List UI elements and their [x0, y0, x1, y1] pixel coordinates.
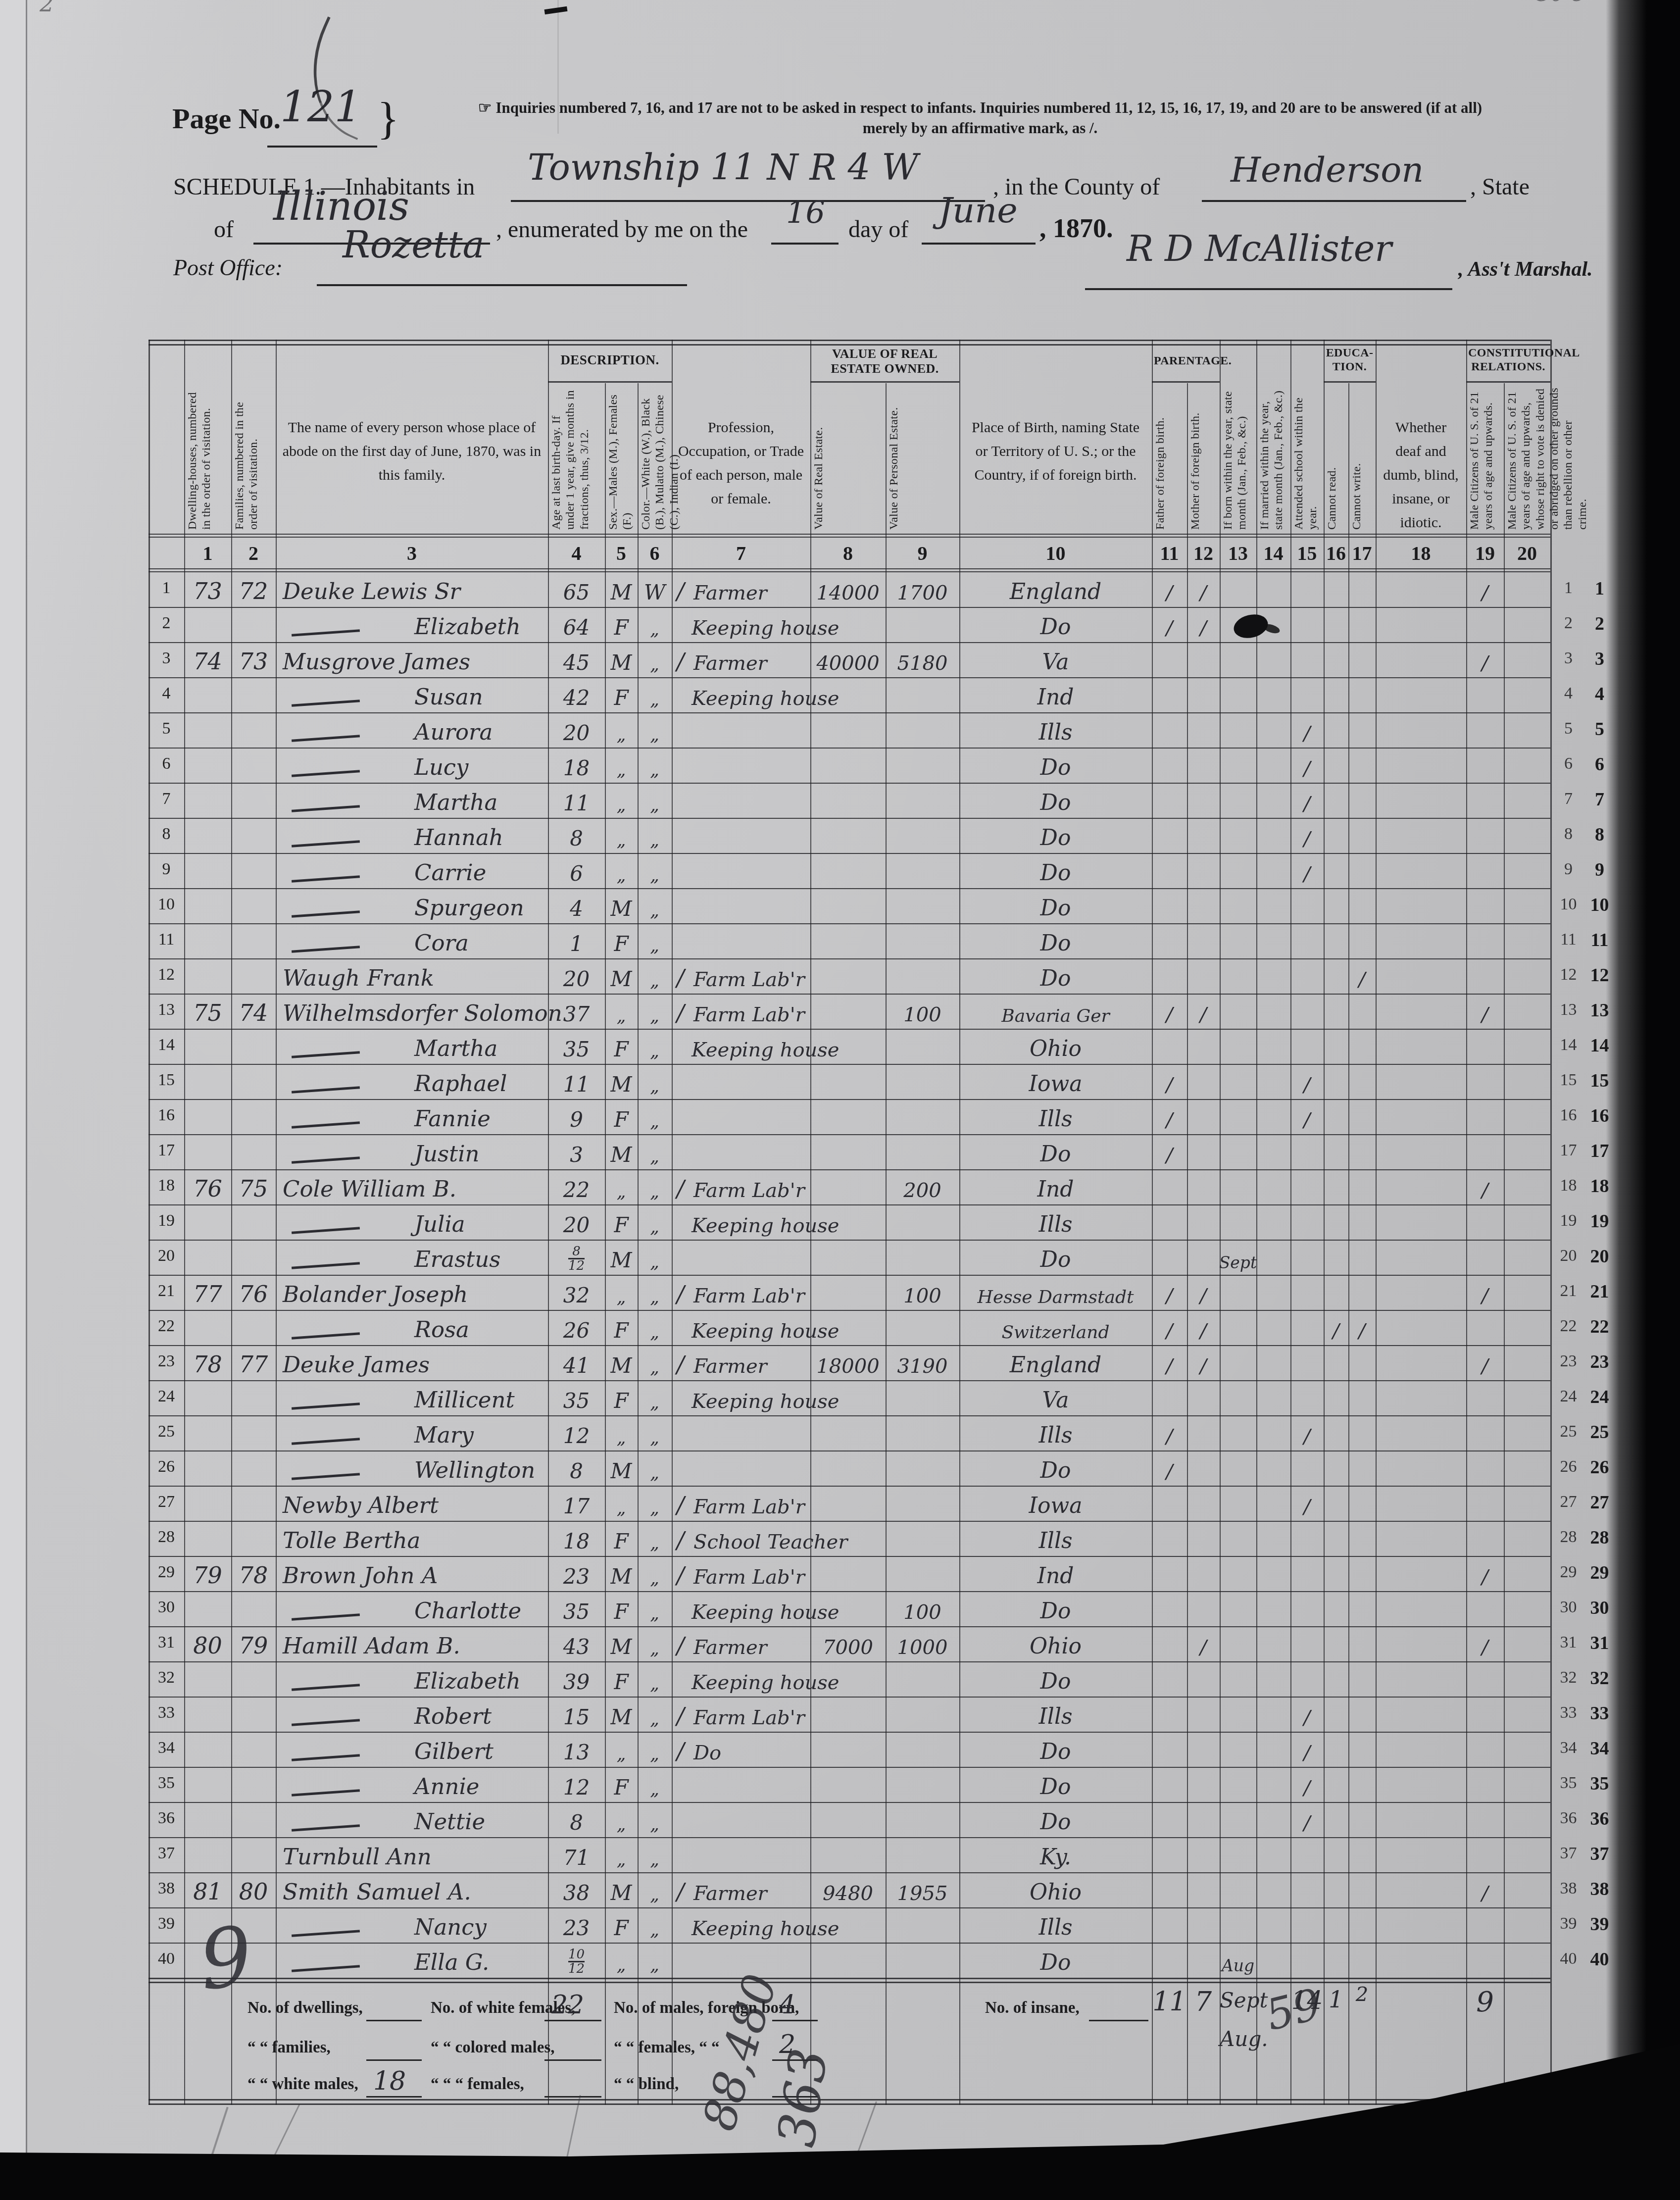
row-cell: F [605, 923, 638, 958]
row-cell: „ [638, 1767, 672, 1802]
row-cell: „ [605, 1415, 638, 1450]
row-cell: M [605, 1240, 638, 1275]
sex-value: F [614, 1600, 628, 1624]
row-cell: Ind [959, 677, 1152, 712]
row-cell: Newby Albert [276, 1486, 548, 1521]
birthplace-value: Va [1042, 650, 1069, 675]
line-number-right: 19 [1550, 1211, 1586, 1230]
row-cell: Charlotte [276, 1591, 548, 1626]
row-cell: 20 [548, 958, 605, 994]
column-group-header: CONSTITUTIONAL RELATIONS. [1468, 347, 1548, 374]
affirmative-mark: / [1200, 582, 1206, 604]
row-cell: 26 [548, 1310, 605, 1345]
family-number: 78 [239, 1562, 268, 1589]
row-cell: Cole William B. [276, 1169, 548, 1204]
table-top-line [148, 344, 1550, 346]
row-cell: Erastus [276, 1240, 548, 1275]
column-heading: If born within the year, state month (Ja… [1221, 387, 1255, 530]
table-top-line [148, 340, 1550, 341]
personal-estate-value: 100 [903, 1601, 941, 1624]
color-value: „ [650, 619, 659, 640]
age-value: 17 [563, 1494, 590, 1518]
row-cell: / [1290, 783, 1324, 818]
month-value: Aug [1222, 1956, 1254, 1975]
row-cell: 200 [886, 1169, 959, 1204]
color-value: „ [650, 936, 659, 956]
age-value: 4 [570, 897, 583, 921]
birthplace-value: Do [1040, 1247, 1071, 1272]
row-cell: Hesse Darmstadt [959, 1275, 1152, 1310]
personal-estate-value: 1955 [897, 1882, 948, 1905]
age-value: 45 [563, 650, 590, 675]
color-value: „ [650, 1885, 659, 1905]
row-cell: / [1187, 1345, 1220, 1380]
table-bottom-line [148, 2103, 1550, 2105]
affirmative-mark: / [1482, 1179, 1488, 1202]
line-number-left: 11 [148, 930, 184, 949]
row-cell: Ind [959, 1556, 1152, 1591]
group-underline [548, 381, 672, 383]
age-value: 32 [563, 1283, 590, 1307]
sex-value: „ [617, 830, 626, 850]
row-cell: Do [959, 1134, 1152, 1169]
row-cell: Robert [276, 1697, 548, 1732]
line-number-left: 15 [148, 1071, 184, 1090]
row-cell: / [1152, 1415, 1187, 1450]
row-cell: F [605, 1521, 638, 1556]
month-value: June [939, 190, 1018, 231]
row-cell: Ills [959, 1099, 1152, 1134]
occupation-value: Keeping house [692, 687, 839, 710]
footer-label: “ “ “ females, [431, 2075, 524, 2094]
affirmative-mark: / [1166, 582, 1173, 604]
sex-value: M [610, 1072, 632, 1097]
occupation-value: Farm Lab'r [693, 1496, 805, 1518]
family-number: 74 [239, 1000, 268, 1026]
row-cell: M [605, 1450, 638, 1486]
row-cell: „ [638, 607, 672, 642]
footer-blank-line [544, 2020, 601, 2021]
column-number: 20 [1504, 542, 1550, 565]
affirmative-mark: / [1200, 617, 1206, 640]
sex-value: M [610, 1635, 632, 1659]
color-value: „ [650, 1076, 659, 1097]
row-cell: Smith Samuel A. [276, 1872, 548, 1907]
family-number: 76 [239, 1281, 268, 1307]
occupation-value: Keeping house [692, 617, 839, 640]
color-value: „ [650, 1111, 659, 1132]
age-value: 22 [563, 1178, 590, 1202]
affirmative-mark: / [1304, 1812, 1310, 1835]
occupation-value: School Teacher [693, 1531, 847, 1553]
footer-blank-line [366, 2096, 422, 2098]
row-cell: F [605, 607, 638, 642]
row-cell: Do [959, 958, 1152, 994]
color-value: „ [650, 1920, 659, 1940]
row-cell: Switzerland [959, 1310, 1152, 1345]
row-cell: / [1152, 1345, 1187, 1380]
age-value: 42 [563, 686, 590, 710]
sex-value: „ [617, 760, 626, 780]
age-value: 11 [563, 791, 590, 815]
age-value: 23 [563, 1916, 590, 1940]
row-cell: 20 [548, 712, 605, 748]
color-value: „ [650, 795, 659, 815]
column-heading: Whether deaf and dumb, blind, insane, or… [1382, 416, 1460, 535]
row-cell: 20 [548, 1204, 605, 1240]
row-cell: Raphael [276, 1064, 548, 1099]
row-cell: M [605, 1345, 638, 1380]
row-cell: Farm Lab'r [672, 994, 810, 1029]
row-cell: Hannah [276, 818, 548, 853]
line-number-right: 32 [1550, 1668, 1586, 1687]
row-cell: Bolander Joseph [276, 1275, 548, 1310]
row-cell: W [638, 572, 672, 607]
age-value: 41 [563, 1353, 590, 1378]
row-cell: 11 [548, 1064, 605, 1099]
column-line [886, 383, 887, 2105]
age-value: 35 [563, 1600, 590, 1624]
person-name: Nettie [414, 1808, 485, 1835]
row-cell: „ [638, 1872, 672, 1907]
color-value: „ [650, 1603, 659, 1624]
county-label: , in the County of [993, 173, 1160, 200]
family-number: 73 [239, 648, 268, 675]
column-number: 16 [1324, 542, 1348, 565]
column-group-header: EDUCA-TION. [1326, 347, 1374, 374]
row-cell: Farmer [672, 1626, 810, 1661]
row-cell: Sept [1220, 1240, 1256, 1275]
line-number-right: 40 [1550, 1950, 1586, 1968]
row-cell: Do [959, 853, 1152, 888]
sex-value: M [610, 1705, 632, 1729]
row-cell: 78 [231, 1556, 276, 1591]
row-cell: Mary [276, 1415, 548, 1450]
affirmative-mark: / [1200, 1355, 1206, 1378]
color-value: „ [650, 1147, 659, 1167]
birthplace-value: Do [1040, 1950, 1071, 1975]
row-cell: 38 [548, 1872, 605, 1907]
color-value: „ [650, 1217, 659, 1237]
real-estate-value: 7000 [823, 1636, 873, 1659]
personal-estate-value: 1700 [897, 582, 948, 604]
affirmative-mark: / [1304, 1742, 1310, 1764]
footer-label: No. of insane, [985, 1999, 1080, 2017]
row-cell: Deuke James [276, 1345, 548, 1380]
line-number-left: 31 [148, 1633, 184, 1652]
affirmative-mark: / [1482, 652, 1488, 675]
row-cell: Farm Lab'r [672, 1486, 810, 1521]
person-name: Cole William B. [283, 1176, 456, 1202]
group-underline [1466, 381, 1550, 383]
row-cell: Do [959, 1661, 1152, 1697]
row-cell: 15 [548, 1697, 605, 1732]
birthplace-value: Ohio [1030, 1634, 1082, 1659]
footer-label: “ “ colored males, [431, 2039, 555, 2057]
row-cell: Ills [959, 1204, 1152, 1240]
line-number-left: 12 [148, 965, 184, 984]
occupation-value: Keeping house [692, 1039, 839, 1061]
footer-label: No. of dwellings, [247, 1999, 363, 2017]
row-cell: „ [638, 1064, 672, 1099]
person-name: Aurora [414, 719, 493, 745]
affirmative-mark: / [1200, 1320, 1206, 1343]
column-number: 18 [1376, 542, 1466, 565]
row-cell: 78 [184, 1345, 231, 1380]
total-cannot-write: 2 [1348, 1983, 1376, 2006]
line-number-left: 23 [148, 1352, 184, 1371]
sex-value: F [614, 1037, 628, 1061]
line-number-right: 23 [1550, 1352, 1586, 1371]
row-cell: Ills [959, 1697, 1152, 1732]
line-number-right: 17 [1550, 1141, 1586, 1160]
row-cell: / [1290, 748, 1324, 783]
row-cell: Lucy [276, 748, 548, 783]
row-cell: 77 [184, 1275, 231, 1310]
person-name: Carrie [414, 859, 486, 886]
artifact-scribble-363: 363 [766, 2045, 839, 2150]
birthplace-value: Do [1040, 1669, 1071, 1694]
line-number-left: 40 [148, 1950, 184, 1968]
person-name: Deuke James [283, 1351, 430, 1378]
marshal-signature: R D McAllister [1127, 228, 1392, 269]
person-name: Susan [414, 684, 483, 710]
sex-value: M [610, 650, 632, 675]
row-cell: Do [959, 607, 1152, 642]
column-heading: Male Citizens of U. S. of 21 years of ag… [1505, 387, 1549, 530]
affirmative-mark: / [1304, 828, 1310, 850]
row-cell: 12 [548, 1415, 605, 1450]
post-office-underline [317, 284, 687, 286]
affirmative-mark: / [1304, 757, 1310, 780]
row-cell: „ [638, 958, 672, 994]
row-cell: Carrie [276, 853, 548, 888]
column-line [1290, 340, 1291, 2105]
column-heading: Attended school within the year. [1292, 387, 1322, 530]
row-cell: „ [638, 748, 672, 783]
artifact-scribble-59: 59 [1261, 1979, 1326, 2041]
row-cell: 1000 [886, 1626, 959, 1661]
row-cell: Martha [276, 783, 548, 818]
row-cell: Do [959, 1591, 1152, 1626]
column-number: 12 [1187, 542, 1220, 565]
affirmative-mark: / [1359, 1320, 1365, 1343]
occupation-value: Farm Lab'r [693, 1003, 805, 1026]
row-cell: / [1152, 1450, 1187, 1486]
column-heading: Color.—White (W.), Black (B.), Mulatto (… [639, 387, 670, 530]
row-cell: 4 [548, 888, 605, 923]
person-name: Spurgeon [414, 895, 524, 921]
birthplace-value: Bavaria Ger [1001, 1006, 1110, 1026]
row-cell: „ [605, 994, 638, 1029]
color-value: „ [650, 690, 659, 710]
column-number: 9 [886, 542, 959, 565]
color-value: „ [650, 654, 659, 675]
sex-value: F [614, 1389, 628, 1413]
affirmative-mark: / [1166, 1460, 1173, 1483]
ink-dash-mark [544, 6, 568, 14]
person-name: Cora [414, 930, 469, 956]
row-cell: M [605, 1064, 638, 1099]
row-cell: M [605, 1626, 638, 1661]
dwelling-number: 75 [193, 1000, 222, 1026]
row-cell: 74 [231, 994, 276, 1029]
row-cell: M [605, 1556, 638, 1591]
affirmative-mark: / [1482, 1285, 1488, 1307]
row-cell: 7000 [810, 1626, 886, 1661]
row-cell: / [1466, 572, 1504, 607]
column-number: 19 [1466, 542, 1504, 565]
dwelling-number: 79 [193, 1562, 222, 1589]
line-number-right: 33 [1550, 1703, 1586, 1722]
color-value: „ [650, 1428, 659, 1448]
row-cell: 100 [886, 994, 959, 1029]
month-underline [922, 243, 1036, 245]
person-name: Wilhelmsdorfer Solomon [283, 1000, 562, 1026]
row-cell: / [1466, 1626, 1504, 1661]
row-cell: 76 [231, 1275, 276, 1310]
birthplace-value: Do [1040, 931, 1071, 956]
sex-value: F [614, 686, 628, 710]
row-cell: / [1152, 572, 1187, 607]
affirmative-mark: / [1304, 1074, 1310, 1097]
sex-value: „ [617, 1498, 626, 1518]
line-number-left: 20 [148, 1247, 184, 1265]
county-value: Henderson [1231, 150, 1424, 190]
personal-estate-value: 3190 [897, 1355, 948, 1378]
row-cell: Ky. [959, 1837, 1152, 1872]
row-cell: Millicent [276, 1380, 548, 1415]
row-cell: „ [605, 712, 638, 748]
row-cell: 75 [231, 1169, 276, 1204]
row-cell: 65 [548, 572, 605, 607]
column-heading: Male Citizens of U. S. of 21 years of ag… [1468, 387, 1502, 530]
post-office-value: Rozetta [343, 224, 485, 266]
sex-value: M [610, 1564, 632, 1589]
color-value: „ [650, 1639, 659, 1659]
color-value: „ [650, 865, 659, 886]
line-number-left: 19 [148, 1211, 184, 1230]
row-cell: 1 [548, 923, 605, 958]
county-underline [1202, 200, 1466, 202]
dwelling-number: 80 [193, 1632, 222, 1659]
person-name: Tolle Bertha [283, 1527, 420, 1553]
row-cell: Julia [276, 1204, 548, 1240]
affirmative-mark: / [1166, 1074, 1173, 1097]
footer-blank-line [366, 2059, 422, 2061]
row-cell: Do [959, 1943, 1152, 1978]
person-name: Waugh Frank [283, 965, 434, 991]
row-cell: M [605, 1134, 638, 1169]
line-number-right: 29 [1550, 1563, 1586, 1582]
post-office-label: Post Office: [173, 254, 283, 281]
line-number-left: 24 [148, 1387, 184, 1406]
column-group-header: PARENTAGE. [1154, 354, 1218, 368]
age-value: 71 [563, 1846, 590, 1870]
row-cell: „ [638, 1345, 672, 1380]
day-underline [771, 243, 839, 245]
month-value: Sept [1219, 1253, 1257, 1272]
row-cell: 39 [548, 1661, 605, 1697]
total-mother-foreign: 7 [1187, 1986, 1220, 2017]
row-cell: 9 [548, 1099, 605, 1134]
row-cell: F [605, 1029, 638, 1064]
person-name: Lucy [414, 754, 469, 780]
sex-value: M [610, 1143, 632, 1167]
row-cell: Ind [959, 1169, 1152, 1204]
age-value: 64 [563, 615, 590, 640]
family-number: 77 [239, 1351, 268, 1378]
row-cell: 5180 [886, 642, 959, 677]
footer-label: “ “ blind, [614, 2075, 679, 2094]
table-bottom-line [148, 2099, 1550, 2100]
line-number-left: 10 [148, 895, 184, 914]
age-value: 6 [570, 861, 583, 886]
occupation-value: Farmer [693, 1355, 767, 1378]
row-cell: 35 [548, 1029, 605, 1064]
occupation-value: Keeping house [692, 1320, 839, 1343]
birthplace-value: England [1010, 1352, 1101, 1378]
row-cell: Spurgeon [276, 888, 548, 923]
birthplace-value: Ind [1038, 685, 1074, 710]
row-cell: / [1466, 1169, 1504, 1204]
affirmative-mark: / [1166, 1144, 1173, 1167]
person-name: Annie [414, 1773, 479, 1800]
occupation-value: Farmer [693, 1636, 767, 1659]
data-bottom-line [148, 1978, 1550, 1979]
real-estate-value: 9480 [823, 1882, 873, 1905]
row-cell: 45 [548, 642, 605, 677]
line-number-right: 10 [1550, 895, 1586, 914]
personal-estate-value: 5180 [897, 652, 948, 675]
column-heading: Value of Personal Estate. [887, 387, 958, 530]
occupation-value: Keeping house [692, 1214, 839, 1237]
page-no-underline [267, 146, 377, 148]
row-cell: Do [959, 1450, 1152, 1486]
sex-value: F [614, 1318, 628, 1343]
age-value: 35 [563, 1037, 590, 1061]
person-name: Erastus [414, 1246, 500, 1272]
occupation-value: Do [693, 1742, 721, 1764]
row-cell: „ [638, 1732, 672, 1767]
row-cell: „ [638, 1029, 672, 1064]
occupation-value: Farm Lab'r [693, 1566, 805, 1589]
person-name: Smith Samuel A. [283, 1879, 471, 1905]
row-cell: / [1187, 572, 1220, 607]
color-value: „ [650, 1674, 659, 1694]
row-cell: Iowa [959, 1064, 1152, 1099]
birthplace-value: Do [1040, 790, 1071, 815]
line-number-left: 7 [148, 790, 184, 808]
person-name: Robert [414, 1703, 492, 1729]
row-cell: M [605, 958, 638, 994]
row-cell: 35 [548, 1591, 605, 1626]
person-name: Martha [414, 1035, 497, 1061]
row-cell: / [1466, 1556, 1504, 1591]
personal-estate-value: 100 [903, 1285, 941, 1307]
age-value: 8 [570, 1810, 583, 1835]
row-cell: Musgrove James [276, 642, 548, 677]
row-cell: Do [959, 818, 1152, 853]
row-cell: Va [959, 642, 1152, 677]
row-cell: „ [638, 1661, 672, 1697]
footer-blank-line [544, 2096, 601, 2098]
row-cell: England [959, 1345, 1152, 1380]
person-name: Nancy [414, 1914, 487, 1940]
row-cell: / [1290, 1486, 1324, 1521]
row-cell: 77 [231, 1345, 276, 1380]
row-cell: „ [638, 712, 672, 748]
